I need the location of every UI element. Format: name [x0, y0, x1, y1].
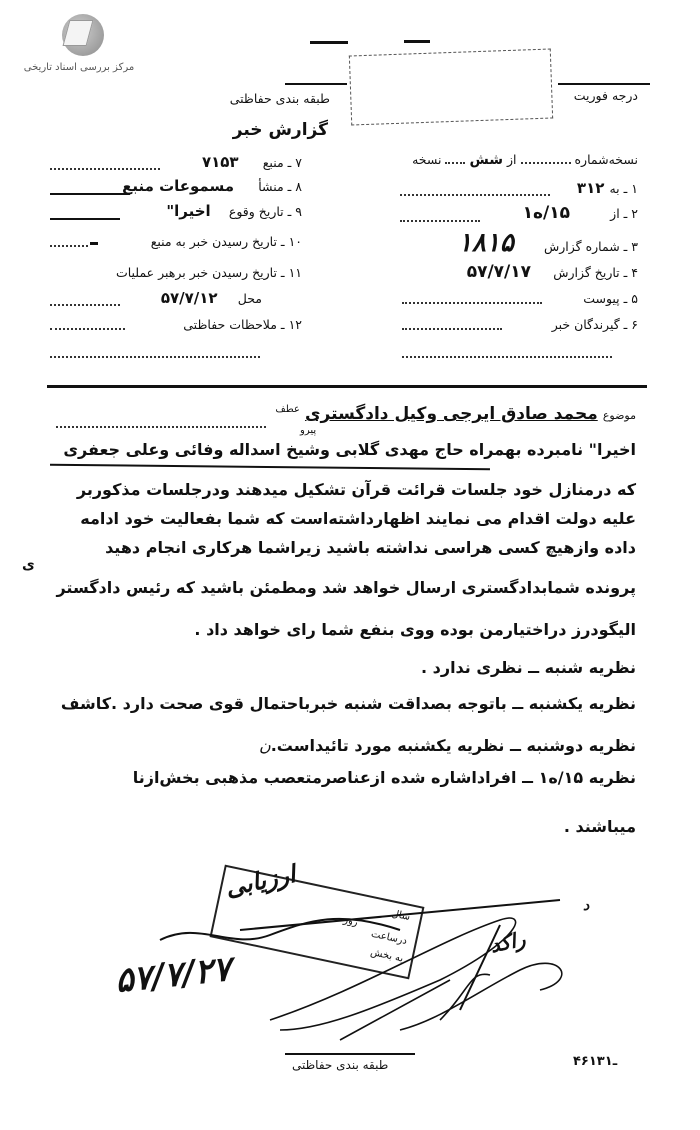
report-title: گزارش خبر: [233, 120, 328, 140]
body-line-3: علیه دولت اقدام می نمایند اظهارداشته‌است…: [0, 509, 636, 528]
opinion-station: نظریه ۱۵/ه۱ ــ افراداشاره شده ازعناصرمتع…: [0, 768, 636, 787]
body-line-5: پرونده شمابدادگستری ارسال خواهد شد ومطمئ…: [0, 578, 636, 597]
field-8-value: مسموعات منبع: [122, 177, 234, 195]
body-line-2: که درمنازل خود جلسات قرائت قرآن تشکیل می…: [0, 480, 636, 499]
footer-rule: [285, 1053, 415, 1055]
form-field-4: ۴ ـ تاریخ گزارش ۵۷/۷/۱۷: [358, 262, 638, 282]
body-line-1: اخیرا" نامبرده بهمراه حاج مهدی گلابی وشی…: [0, 440, 636, 459]
subject-annotation-below: پیرو: [300, 425, 316, 436]
copy-suffix: نسخه: [412, 152, 441, 167]
copy-label: نسخه‌شماره: [575, 152, 639, 167]
copy-total: شش: [469, 152, 503, 168]
field-3-value: ۱۸۱۵: [458, 228, 514, 258]
handwritten-mark: ن: [259, 736, 271, 755]
field-9-value: اخیرا": [166, 202, 210, 220]
handwritten-underline: [50, 464, 490, 470]
copy-of: از: [507, 152, 517, 167]
form-field-3: ۳ ـ شماره گزارش ۱۸۱۵: [378, 228, 638, 258]
form-field-5: ۵ ـ پیوست: [583, 288, 638, 307]
field-11-value: ۵۷/۷/۱۲: [161, 289, 218, 307]
opinion-sunday: نظریه یکشنبه ــ باتوجه بصداقت شنبه خبربا…: [0, 694, 636, 713]
body-line-4: داده وازهیچ کسی هراسی نداشته باشید زیراش…: [0, 538, 636, 557]
form-field-6: ۶ ـ گیرندگان خبر: [552, 314, 638, 333]
footer-classification-label: طبقه بندی حفاظتی: [292, 1058, 388, 1072]
logo-text: مرکز بررسی اسناد تاریخی: [14, 62, 144, 73]
top-mark: [310, 41, 348, 44]
subject-line: موضوع محمد صادق ایرجی وکیل دادگستری عطف: [275, 404, 636, 424]
opinion-saturday: نظریه شنبه ــ نظری ندارد .: [421, 658, 636, 677]
section-divider: [47, 385, 647, 388]
copy-number-line: نسخه‌شماره از شش نسخه: [412, 152, 638, 168]
archive-logo: مرکز بررسی اسناد تاریخی: [14, 14, 144, 74]
header-rule: [558, 83, 650, 85]
classification-label: طبقه بندی حفاظتی: [230, 91, 330, 106]
form-code: ۴۶ـ۱۳۱: [573, 1054, 617, 1069]
body-line-6: الیگودرز دراختیارمن بوده ووی بنفع شما را…: [0, 620, 636, 639]
field-2-value: ۱۵/ه۱: [523, 203, 570, 223]
signature-scrawl: [140, 880, 540, 1050]
corner-mark: د: [583, 898, 589, 914]
top-mark: [404, 40, 430, 43]
form-field-12: ۱۲ ـ ملاحظات حفاظتی: [183, 314, 302, 333]
form-field-10: ۱۰ ـ تاریخ رسیدن خبر به منبع: [151, 231, 302, 250]
header-rule: [285, 83, 347, 85]
faded-stamp: [349, 48, 553, 125]
field-4-value: ۵۷/۷/۱۷: [467, 262, 531, 282]
form-field-11: ۱۱ ـ تاریخ رسیدن خبر برهبر عملیات: [116, 262, 302, 281]
field-1-value: ۳۱۲: [577, 179, 604, 197]
field-7-value: ۷۱۵۳: [202, 153, 239, 171]
subject-value: محمد صادق ایرجی وکیل دادگستری: [305, 404, 598, 424]
opinion-monday: نظریه دوشنبه ــ نظریه یکشنبه مورد تائیدا…: [259, 736, 636, 755]
urgency-label: درجه فوریت: [574, 88, 638, 103]
margin-note: ی: [22, 557, 35, 573]
subject-label: موضوع: [603, 409, 636, 422]
opinion-station-end: میباشند .: [564, 817, 636, 836]
subject-annotation-above: عطف: [275, 404, 300, 415]
